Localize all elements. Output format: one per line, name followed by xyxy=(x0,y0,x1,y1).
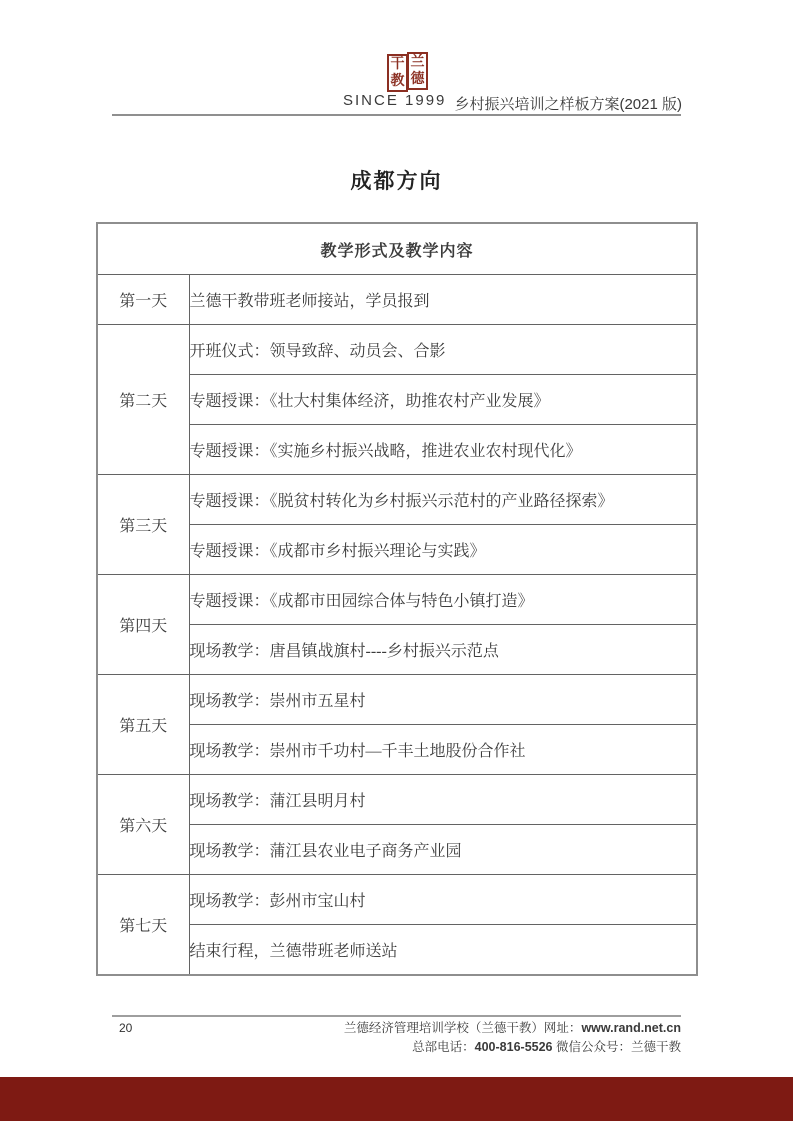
activity-cell: 兰德干教带班老师接站，学员报到 xyxy=(189,275,697,325)
footer-divider xyxy=(112,1015,681,1017)
seal-right-box: 兰 德 xyxy=(407,52,428,90)
table-header-row: 教学形式及教学内容 xyxy=(97,223,697,275)
document-page: 干 教 兰 德 SINCE 1999 乡村振兴培训之样板方案(2021 版) 成… xyxy=(0,0,793,1121)
activity-cell: 现场教学：蒲江县明月村 xyxy=(189,775,697,825)
activity-cell: 现场教学：崇州市五星村 xyxy=(189,675,697,725)
footer-school-name: 兰德经济管理培训学校（兰德干教）网址： xyxy=(344,1021,582,1035)
day-label: 第七天 xyxy=(97,875,189,976)
day-label: 第五天 xyxy=(97,675,189,775)
activity-cell: 专题授课：《脱贫村转化为乡村振兴示范村的产业路径探索》 xyxy=(189,475,697,525)
table-row: 第三天 专题授课：《脱贫村转化为乡村振兴示范村的产业路径探索》 xyxy=(97,475,697,525)
footer-website-url: www.rand.net.cn xyxy=(581,1021,681,1035)
day-label: 第四天 xyxy=(97,575,189,675)
footer-phone-number: 400-816-5526 xyxy=(475,1040,553,1054)
seal-left-box: 干 教 xyxy=(387,54,408,92)
seal-char: 教 xyxy=(391,74,405,89)
footer-phone-label: 总部电话： xyxy=(412,1040,475,1054)
day-label: 第二天 xyxy=(97,325,189,475)
activity-cell: 专题授课：《壮大村集体经济，助推农村产业发展》 xyxy=(189,375,697,425)
table-row: 第四天 专题授课：《成都市田园综合体与特色小镇打造》 xyxy=(97,575,697,625)
activity-cell: 现场教学：唐昌镇战旗村----乡村振兴示范点 xyxy=(189,625,697,675)
brand-seal-logo: 干 教 兰 德 xyxy=(387,54,428,92)
seal-char: 兰 xyxy=(411,55,425,70)
footer-wechat-account: 微信公众号：兰德干教 xyxy=(553,1040,681,1054)
page-number: 20 xyxy=(119,1021,132,1035)
activity-cell: 专题授课：《实施乡村振兴战略，推进农业农村现代化》 xyxy=(189,425,697,475)
table-row: 第六天 现场教学：蒲江县明月村 xyxy=(97,775,697,825)
activity-cell: 专题授课：《成都市乡村振兴理论与实践》 xyxy=(189,525,697,575)
day-label: 第一天 xyxy=(97,275,189,325)
activity-cell: 专题授课：《成都市田园综合体与特色小镇打造》 xyxy=(189,575,697,625)
day-label: 第六天 xyxy=(97,775,189,875)
activity-cell: 结束行程，兰德带班老师送站 xyxy=(189,925,697,976)
header-divider xyxy=(112,114,681,116)
schedule-table: 教学形式及教学内容 第一天 兰德干教带班老师接站，学员报到 第二天 开班仪式：领… xyxy=(96,222,698,976)
footer-line-2: 总部电话：400-816-5526 微信公众号：兰德干教 xyxy=(344,1038,681,1057)
since-text: SINCE 1999 xyxy=(343,92,446,109)
activity-cell: 现场教学：蒲江县农业电子商务产业园 xyxy=(189,825,697,875)
section-heading: 成都方向 xyxy=(0,165,793,195)
table-row: 第二天 开班仪式：领导致辞、动员会、合影 xyxy=(97,325,697,375)
table-row: 第五天 现场教学：崇州市五星村 xyxy=(97,675,697,725)
table-row: 第一天 兰德干教带班老师接站，学员报到 xyxy=(97,275,697,325)
seal-char: 德 xyxy=(411,72,425,87)
activity-cell: 现场教学：崇州市千功村—千丰土地股份合作社 xyxy=(189,725,697,775)
footer-contact-info: 兰德经济管理培训学校（兰德干教）网址：www.rand.net.cn 总部电话：… xyxy=(344,1019,681,1057)
table-row: 第七天 现场教学：彭州市宝山村 xyxy=(97,875,697,925)
bottom-red-bar xyxy=(0,1077,793,1121)
seal-char: 干 xyxy=(391,57,405,72)
document-title: 乡村振兴培训之样板方案(2021 版) xyxy=(454,93,682,114)
activity-cell: 现场教学：彭州市宝山村 xyxy=(189,875,697,925)
activity-cell: 开班仪式：领导致辞、动员会、合影 xyxy=(189,325,697,375)
footer-line-1: 兰德经济管理培训学校（兰德干教）网址：www.rand.net.cn xyxy=(344,1019,681,1038)
day-label: 第三天 xyxy=(97,475,189,575)
table-header-cell: 教学形式及教学内容 xyxy=(97,223,697,275)
